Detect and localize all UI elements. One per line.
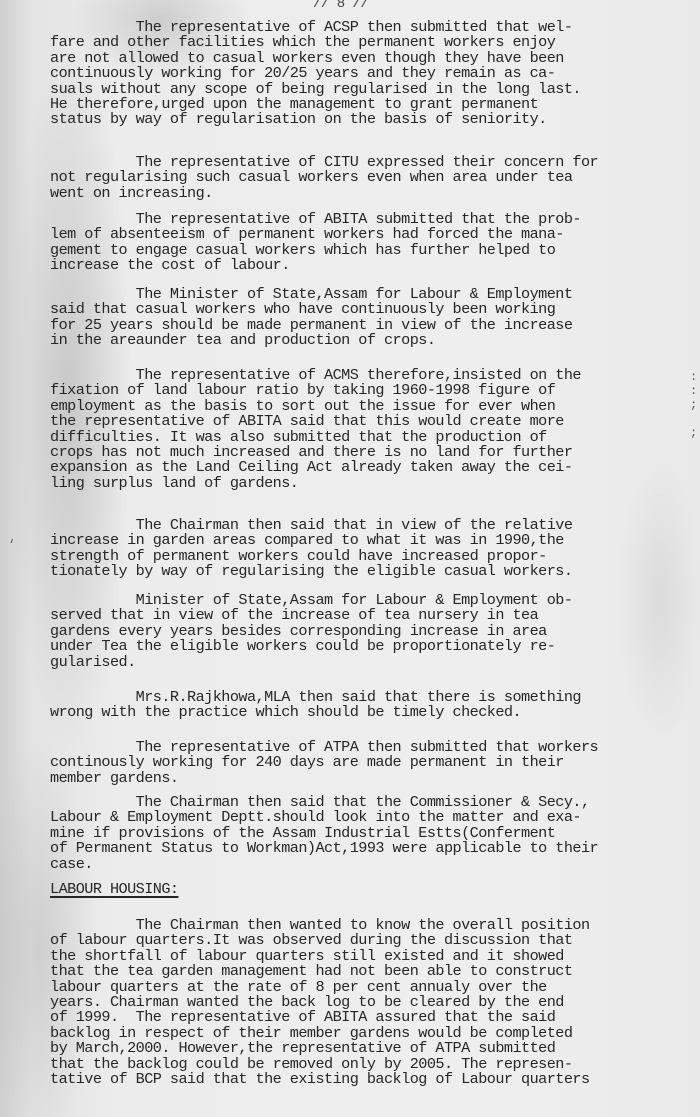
text-line: tative of BCP said that the existing bac…	[50, 1072, 590, 1087]
paragraph-minister-statement: The Minister of State,Assam for Labour &…	[50, 287, 572, 349]
text-line: of Permanent Status to Workman)Act,1993 …	[50, 841, 598, 856]
scan-speck: ‘	[8, 538, 15, 552]
text-line: in the areaunder tea and production of c…	[50, 333, 572, 348]
text-line: wrong with the practice which should be …	[50, 705, 581, 720]
paragraph-chairman-garden-areas: The Chairman then said that in view of t…	[50, 518, 572, 580]
scan-margin-dots: ::;;	[690, 370, 697, 440]
paragraph-atpa: The representative of ATPA then submitte…	[50, 740, 598, 786]
paragraph-abita-absenteeism: The representative of ABITA submitted th…	[50, 212, 581, 274]
paragraph-labour-quarters: The Chairman then wanted to know the ove…	[50, 918, 590, 1087]
section-heading-labour-housing: LABOUR HOUSING:	[50, 882, 178, 897]
paragraph-chairman-commissioner: The Chairman then said that the Commissi…	[50, 795, 598, 872]
text-line: case.	[50, 857, 598, 872]
paragraph-minister-observation: Minister of State,Assam for Labour & Emp…	[50, 593, 572, 670]
paragraph-mla-rajkhowa: Mrs.R.Rajkhowa,MLA then said that there …	[50, 690, 581, 721]
text-line: member gardens.	[50, 771, 598, 786]
paragraph-acms: The representative of ACMS therefore,ins…	[50, 368, 581, 491]
text-line: increase the cost of labour.	[50, 258, 581, 273]
paragraph-citu: The representative of CITU expressed the…	[50, 155, 598, 201]
paragraph-acsp: The representative of ACSP then submitte…	[50, 20, 581, 128]
text-line: gularised.	[50, 655, 572, 670]
text-line: went on increasing.	[50, 186, 598, 201]
scanned-page: // 8 // The representative of ACSP then …	[0, 0, 700, 1117]
text-line: ling surplus land of gardens.	[50, 476, 581, 491]
document-body: The representative of ACSP then submitte…	[50, 0, 700, 247]
text-line: status by way of regularisation on the b…	[50, 112, 581, 127]
text-line: tionately by way of regularising the eli…	[50, 564, 572, 579]
